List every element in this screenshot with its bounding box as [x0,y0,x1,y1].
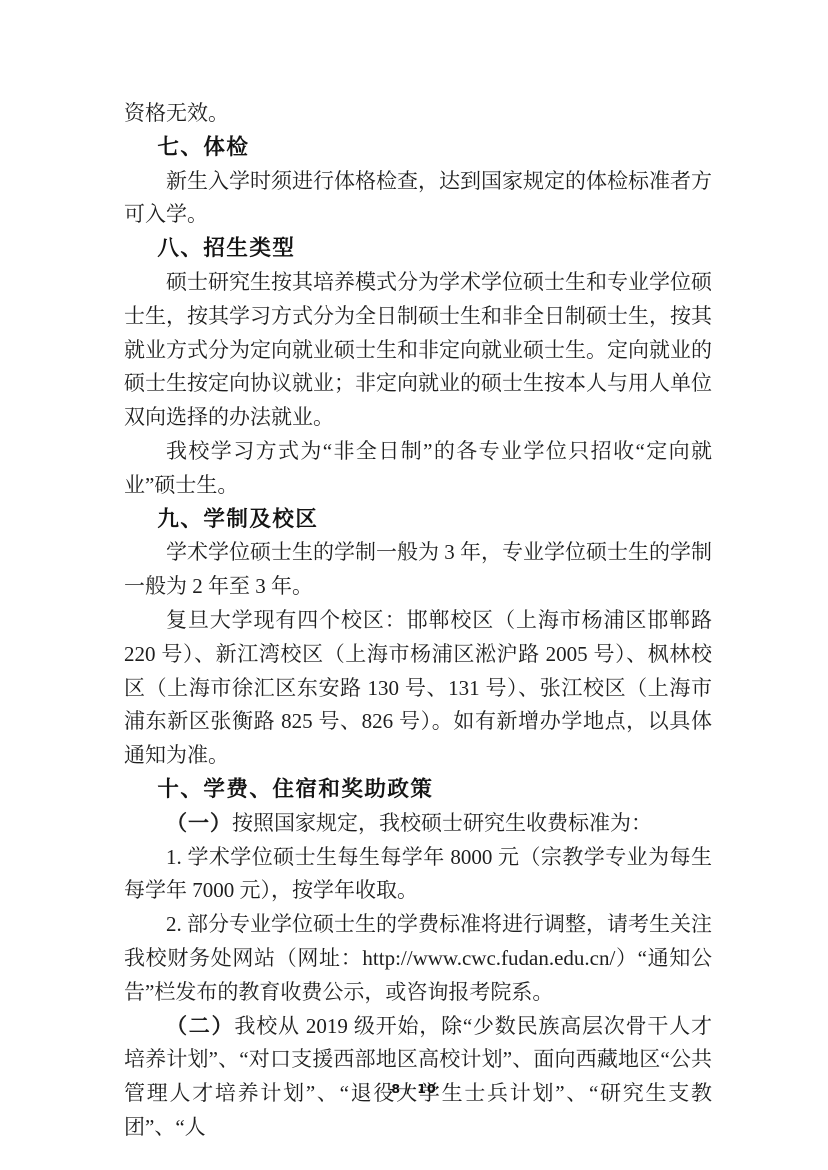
list-marker: （一） [166,811,232,835]
paragraph: 新生入学时须进行体格检查，达到国家规定的体检标准者方可入学。 [124,165,712,233]
section-heading: 八、招生类型 [124,232,712,266]
paragraph: （二）我校从 2019 级开始，除“少数民族高层次骨干人才培养计划”、“对口支援… [124,1010,712,1145]
list-marker: （二） [166,1014,234,1038]
paragraph: 1. 学术学位硕士生每生每学年 8000 元（宗教学专业为每生每学年 7000 … [124,841,712,909]
section-heading: 十、学费、住宿和奖助政策 [124,773,712,807]
document-content: 资格无效。七、体检新生入学时须进行体格检查，达到国家规定的体检标准者方可入学。八… [124,97,712,1145]
paragraph: （一）按照国家规定，我校硕士研究生收费标准为： [124,807,712,841]
paragraph: 2. 部分专业学位硕士生的学费标准将进行调整，请考生关注我校财务处网站（网址：h… [124,908,712,1009]
page-number: 8 / 10 [0,1081,828,1096]
section-heading: 七、体检 [124,131,712,165]
paragraph: 复旦大学现有四个校区：邯郸校区（上海市杨浦区邯郸路 220 号）、新江湾校区（上… [124,604,712,773]
document-page: 资格无效。七、体检新生入学时须进行体格检查，达到国家规定的体检标准者方可入学。八… [0,0,828,1170]
paragraph: 我校学习方式为“非全日制”的各专业学位只招收“定向就业”硕士生。 [124,435,712,503]
paragraph: 硕士研究生按其培养模式分为学术学位硕士生和专业学位硕士生，按其学习方式分为全日制… [124,266,712,435]
paragraph: 资格无效。 [124,97,712,131]
paragraph: 学术学位硕士生的学制一般为 3 年，专业学位硕士生的学制一般为 2 年至 3 年… [124,536,712,604]
section-heading: 九、学制及校区 [124,503,712,537]
